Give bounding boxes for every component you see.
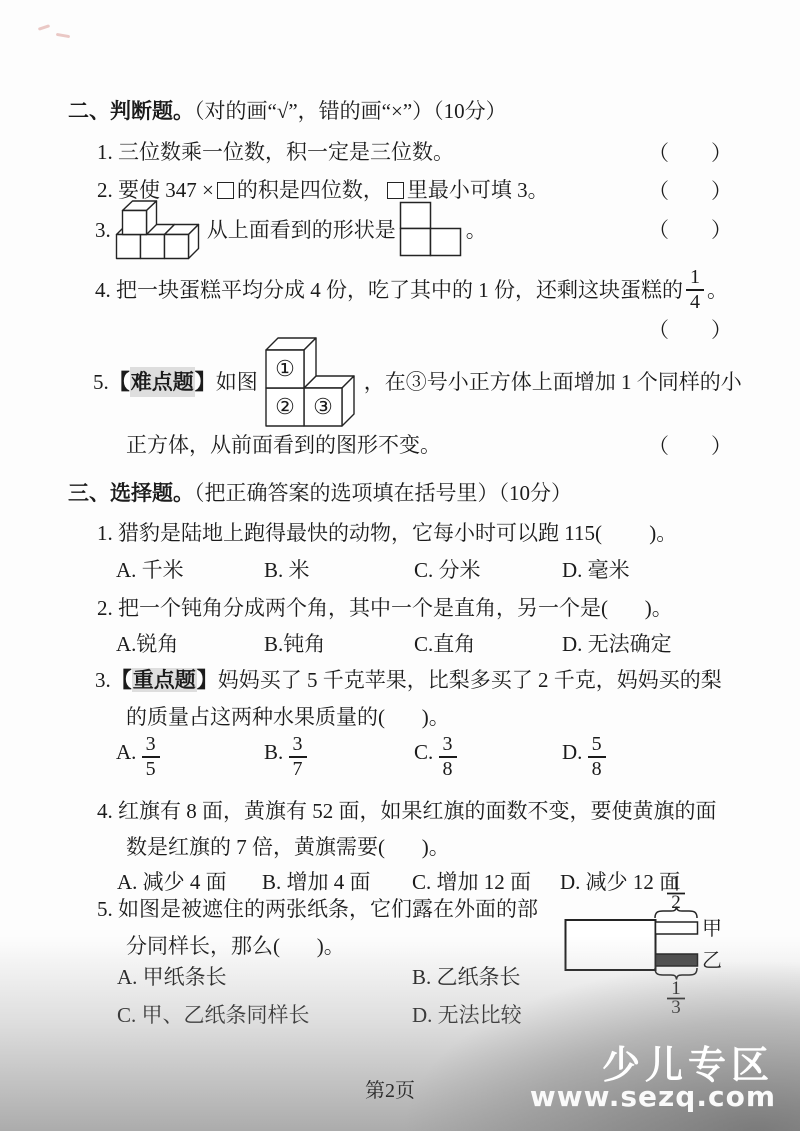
s2-q3-period: 。	[466, 215, 487, 245]
s3-q3-line2: 的质量占这两种水果质量的( )。	[126, 702, 450, 732]
option-label: A.	[116, 740, 142, 765]
s2-q2-answer-bracket: （ ）	[648, 175, 732, 205]
blank-box-icon	[217, 182, 234, 199]
cube-label-3: ③	[313, 394, 333, 419]
s2-q3-text: 从上面看到的形状是	[207, 215, 396, 245]
paper-strips-diagram: 1 2 甲 乙 1 3	[552, 874, 772, 1016]
top-fraction-numerator: 1	[671, 874, 681, 894]
s3-q3-line1: 3.【重点题】妈妈买了 5 千克苹果，比梨多买了 2 千克，妈妈买的梨	[95, 665, 722, 695]
cover-rectangle	[566, 920, 656, 970]
option-label: B.	[264, 740, 289, 765]
s3-q4-line1: 4. 红旗有 8 面，黄旗有 52 面，如果红旗的面数不变，要使黄旗的面	[97, 796, 717, 826]
s3-q3-number: 3.	[95, 668, 111, 692]
section3-heading-title: 三、选择题。	[68, 481, 194, 505]
option-label: C.	[414, 740, 439, 765]
s3-q3-text1: 妈妈买了 5 千克苹果，比梨多买了 2 千克，妈妈买的梨	[218, 668, 722, 692]
difficult-question-tag: 难点题	[130, 367, 195, 397]
s2-q5-answer-bracket: （ ）	[648, 430, 732, 460]
tag-open: 【	[109, 367, 130, 397]
section3-heading: 三、选择题。（把正确答案的选项填在括号里）（10分）	[68, 478, 572, 508]
strip-jia	[656, 922, 698, 934]
s3-q4-option-b: B. 增加 4 面	[262, 868, 371, 896]
s3-q5-line2: 分同样长，那么( )。	[126, 931, 345, 961]
fraction-1-4: 14	[686, 267, 704, 313]
s3-q4-option-c: C. 增加 12 面	[412, 868, 531, 896]
s3-q2-option-c: C.直角	[414, 630, 475, 658]
s3-q5-option-a: A. 甲纸条长	[117, 963, 227, 991]
s3-q3-option-c: C. 38	[414, 740, 457, 780]
cube-stack-figure	[115, 200, 203, 261]
s3-q1-option-b: B. 米	[264, 556, 310, 584]
s3-q1-option-d: D. 毫米	[562, 556, 630, 584]
s2-q5-line2: 正方体，从前面看到的图形不变。	[126, 430, 441, 460]
s3-q1-option-a: A. 千米	[116, 556, 184, 584]
s2-q4-row: 4. 把一块蛋糕平均分成 4 份，吃了其中的 1 份，还剩这块蛋糕的 14 。	[95, 264, 728, 316]
red-scan-artifact-marks	[36, 22, 76, 46]
blank-box-icon	[387, 182, 404, 199]
s3-q4-line2: 数是红旗的 7 倍，黄旗需要( )。	[126, 832, 450, 862]
cube-label-1: ①	[275, 356, 295, 381]
s3-q2-option-d: D. 无法确定	[562, 630, 672, 658]
s2-q1-text: 1. 三位数乘一位数，积一定是三位数。	[97, 137, 454, 167]
s2-q5-row: 5. 【难点题】 如图 ① ② ③ ，在③号小正方体上面增加 1 个同样的小	[93, 336, 742, 428]
bottom-fraction-denominator: 3	[671, 997, 681, 1016]
top-view-shape-figure	[399, 201, 463, 259]
watermark-site-url: www.sezq.com	[530, 1080, 776, 1113]
s2-q3-row: 3. 从上面看到的形状是 。	[95, 198, 487, 262]
s2-q1-answer-bracket: （ ）	[648, 137, 732, 167]
s3-q5-line1: 5. 如图是被遮住的两张纸条，它们露在外面的部	[97, 894, 538, 924]
s3-q5-option-b: B. 乙纸条长	[412, 963, 521, 991]
section2-heading-note: （对的画“√”，错的画“×”）（10分）	[194, 99, 507, 123]
s3-q2-option-b: B.钝角	[264, 630, 325, 658]
s3-q1-option-c: C. 分米	[414, 556, 481, 584]
strip-yi	[656, 954, 698, 966]
s3-q5-option-c: C. 甲、乙纸条同样长	[117, 1001, 310, 1029]
s2-q4-period: 。	[707, 275, 728, 305]
s3-q2-option-a: A.锐角	[116, 630, 178, 658]
fraction-3-8: 38	[439, 734, 457, 780]
tag-close: 】	[197, 668, 218, 692]
test-paper-page: 二、判断题。（对的画“√”，错的画“×”）（10分） 1. 三位数乘一位数，积一…	[0, 0, 800, 1131]
s3-q5-option-d: D. 无法比较	[412, 1001, 522, 1029]
numbered-cubes-figure: ① ② ③	[263, 336, 359, 428]
s2-q3-number: 3.	[95, 215, 111, 245]
bottom-fraction-numerator: 1	[671, 978, 681, 999]
fraction-5-8: 58	[588, 734, 606, 780]
section3-heading-note: （把正确答案的选项填在括号里）（10分）	[194, 481, 572, 505]
s3-q3-option-b: B. 37	[264, 740, 307, 780]
s3-q2-text: 2. 把一个钝角分成两个角，其中一个是直角，另一个是( )。	[97, 593, 673, 623]
s3-q3-option-d: D. 58	[562, 740, 606, 780]
tag-close: 】	[195, 367, 216, 397]
s2-q5-post: ，在③号小正方体上面增加 1 个同样的小	[364, 367, 742, 397]
s2-q4-text: 4. 把一块蛋糕平均分成 4 份，吃了其中的 1 份，还剩这块蛋糕的	[95, 275, 683, 305]
label-yi: 乙	[702, 950, 722, 972]
s3-q4-option-a: A. 减少 4 面	[117, 868, 227, 896]
fraction-3-5: 35	[142, 734, 160, 780]
cube-label-2: ②	[275, 394, 295, 419]
section2-heading-title: 二、判断题。	[68, 99, 194, 123]
s3-q3-option-a: A. 35	[116, 740, 160, 780]
s2-q5-pre: 如图	[216, 367, 258, 397]
s2-q3-answer-bracket: （ ）	[648, 214, 732, 244]
fraction-3-7: 37	[289, 734, 307, 780]
s2-q5-number: 5.	[93, 367, 109, 397]
tag-open: 【	[111, 668, 132, 692]
s3-q1-text: 1. 猎豹是陆地上跑得最快的动物，它每小时可以跑 115( )。	[97, 518, 677, 548]
section2-heading: 二、判断题。（对的画“√”，错的画“×”）（10分）	[68, 96, 507, 126]
label-jia: 甲	[702, 918, 722, 940]
key-question-tag: 重点题	[132, 668, 197, 692]
option-label: D.	[562, 740, 588, 765]
